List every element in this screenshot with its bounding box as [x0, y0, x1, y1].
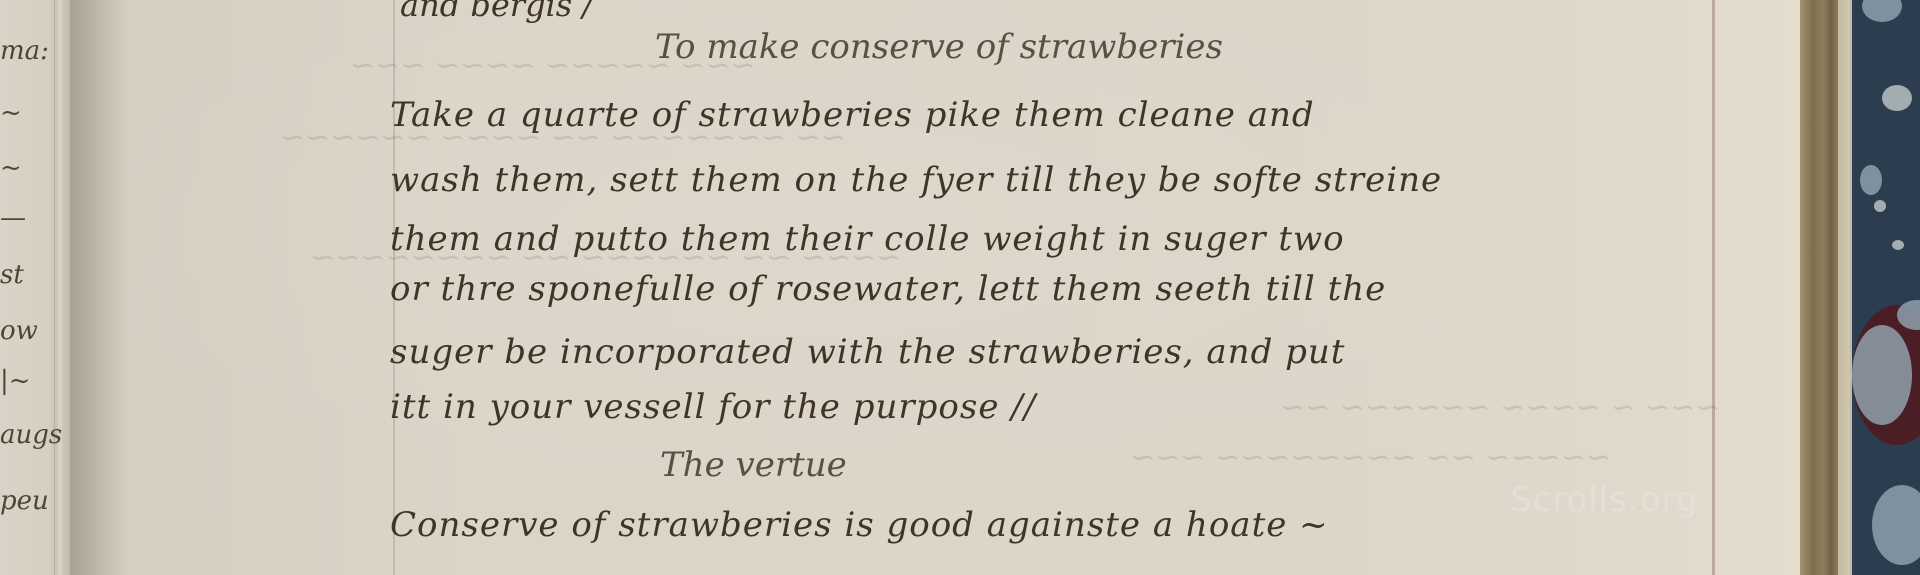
left-facing-page: ma: ~ ~ — st ow |~ augs peu [0, 0, 58, 575]
binding-gutter-shadow [70, 0, 130, 575]
recipe-title: To make conserve of strawberies [655, 30, 1223, 64]
manuscript-photo: ma: ~ ~ — st ow |~ augs peu ~~~ ~~~~~ ~~… [0, 0, 1920, 575]
left-page-margin-rule [54, 0, 55, 575]
show-through-ink: ~~~ ~ ~~~~ ~~~~~~ ~~ [1280, 390, 1720, 425]
virtue-title: The vertue [660, 448, 847, 482]
page-edge-highlight [1838, 0, 1850, 575]
recipe-line: itt in your vessell for the purpose // [390, 390, 1036, 424]
recipe-line: or thre sponefulle of rosewater, lett th… [390, 272, 1386, 306]
left-margin-fragment: st [0, 262, 24, 288]
right-margin-rule [1712, 0, 1715, 575]
watermark: Scrolls.org [1510, 480, 1699, 520]
left-margin-fragment: |~ [0, 368, 31, 394]
show-through-ink: ~~~~~ ~~ ~~~~~~~~ ~~~ [1130, 440, 1611, 475]
left-margin-fragment: ow [0, 318, 38, 344]
recipe-line: them and putto them their colle weight i… [390, 222, 1345, 256]
left-margin-fragment: ~ [0, 100, 22, 126]
recipe-line: suger be incorporated with the strawberi… [390, 335, 1345, 369]
left-margin-fragment: ma: [0, 38, 49, 64]
marbled-endpaper [1852, 0, 1920, 575]
left-margin-fragment: peu [0, 488, 49, 514]
left-margin-fragment: — [0, 205, 26, 231]
recipe-line: wash them, sett them on the fyer till th… [390, 163, 1442, 197]
recipe-line: Take a quarte of strawberies pike them c… [390, 98, 1315, 132]
previous-recipe-ending: and bergis / [400, 0, 593, 24]
virtue-line: Conserve of strawberies is good againste… [390, 508, 1329, 542]
left-margin-fragment: ~ [0, 155, 22, 181]
left-margin-fragment: augs [0, 422, 62, 448]
